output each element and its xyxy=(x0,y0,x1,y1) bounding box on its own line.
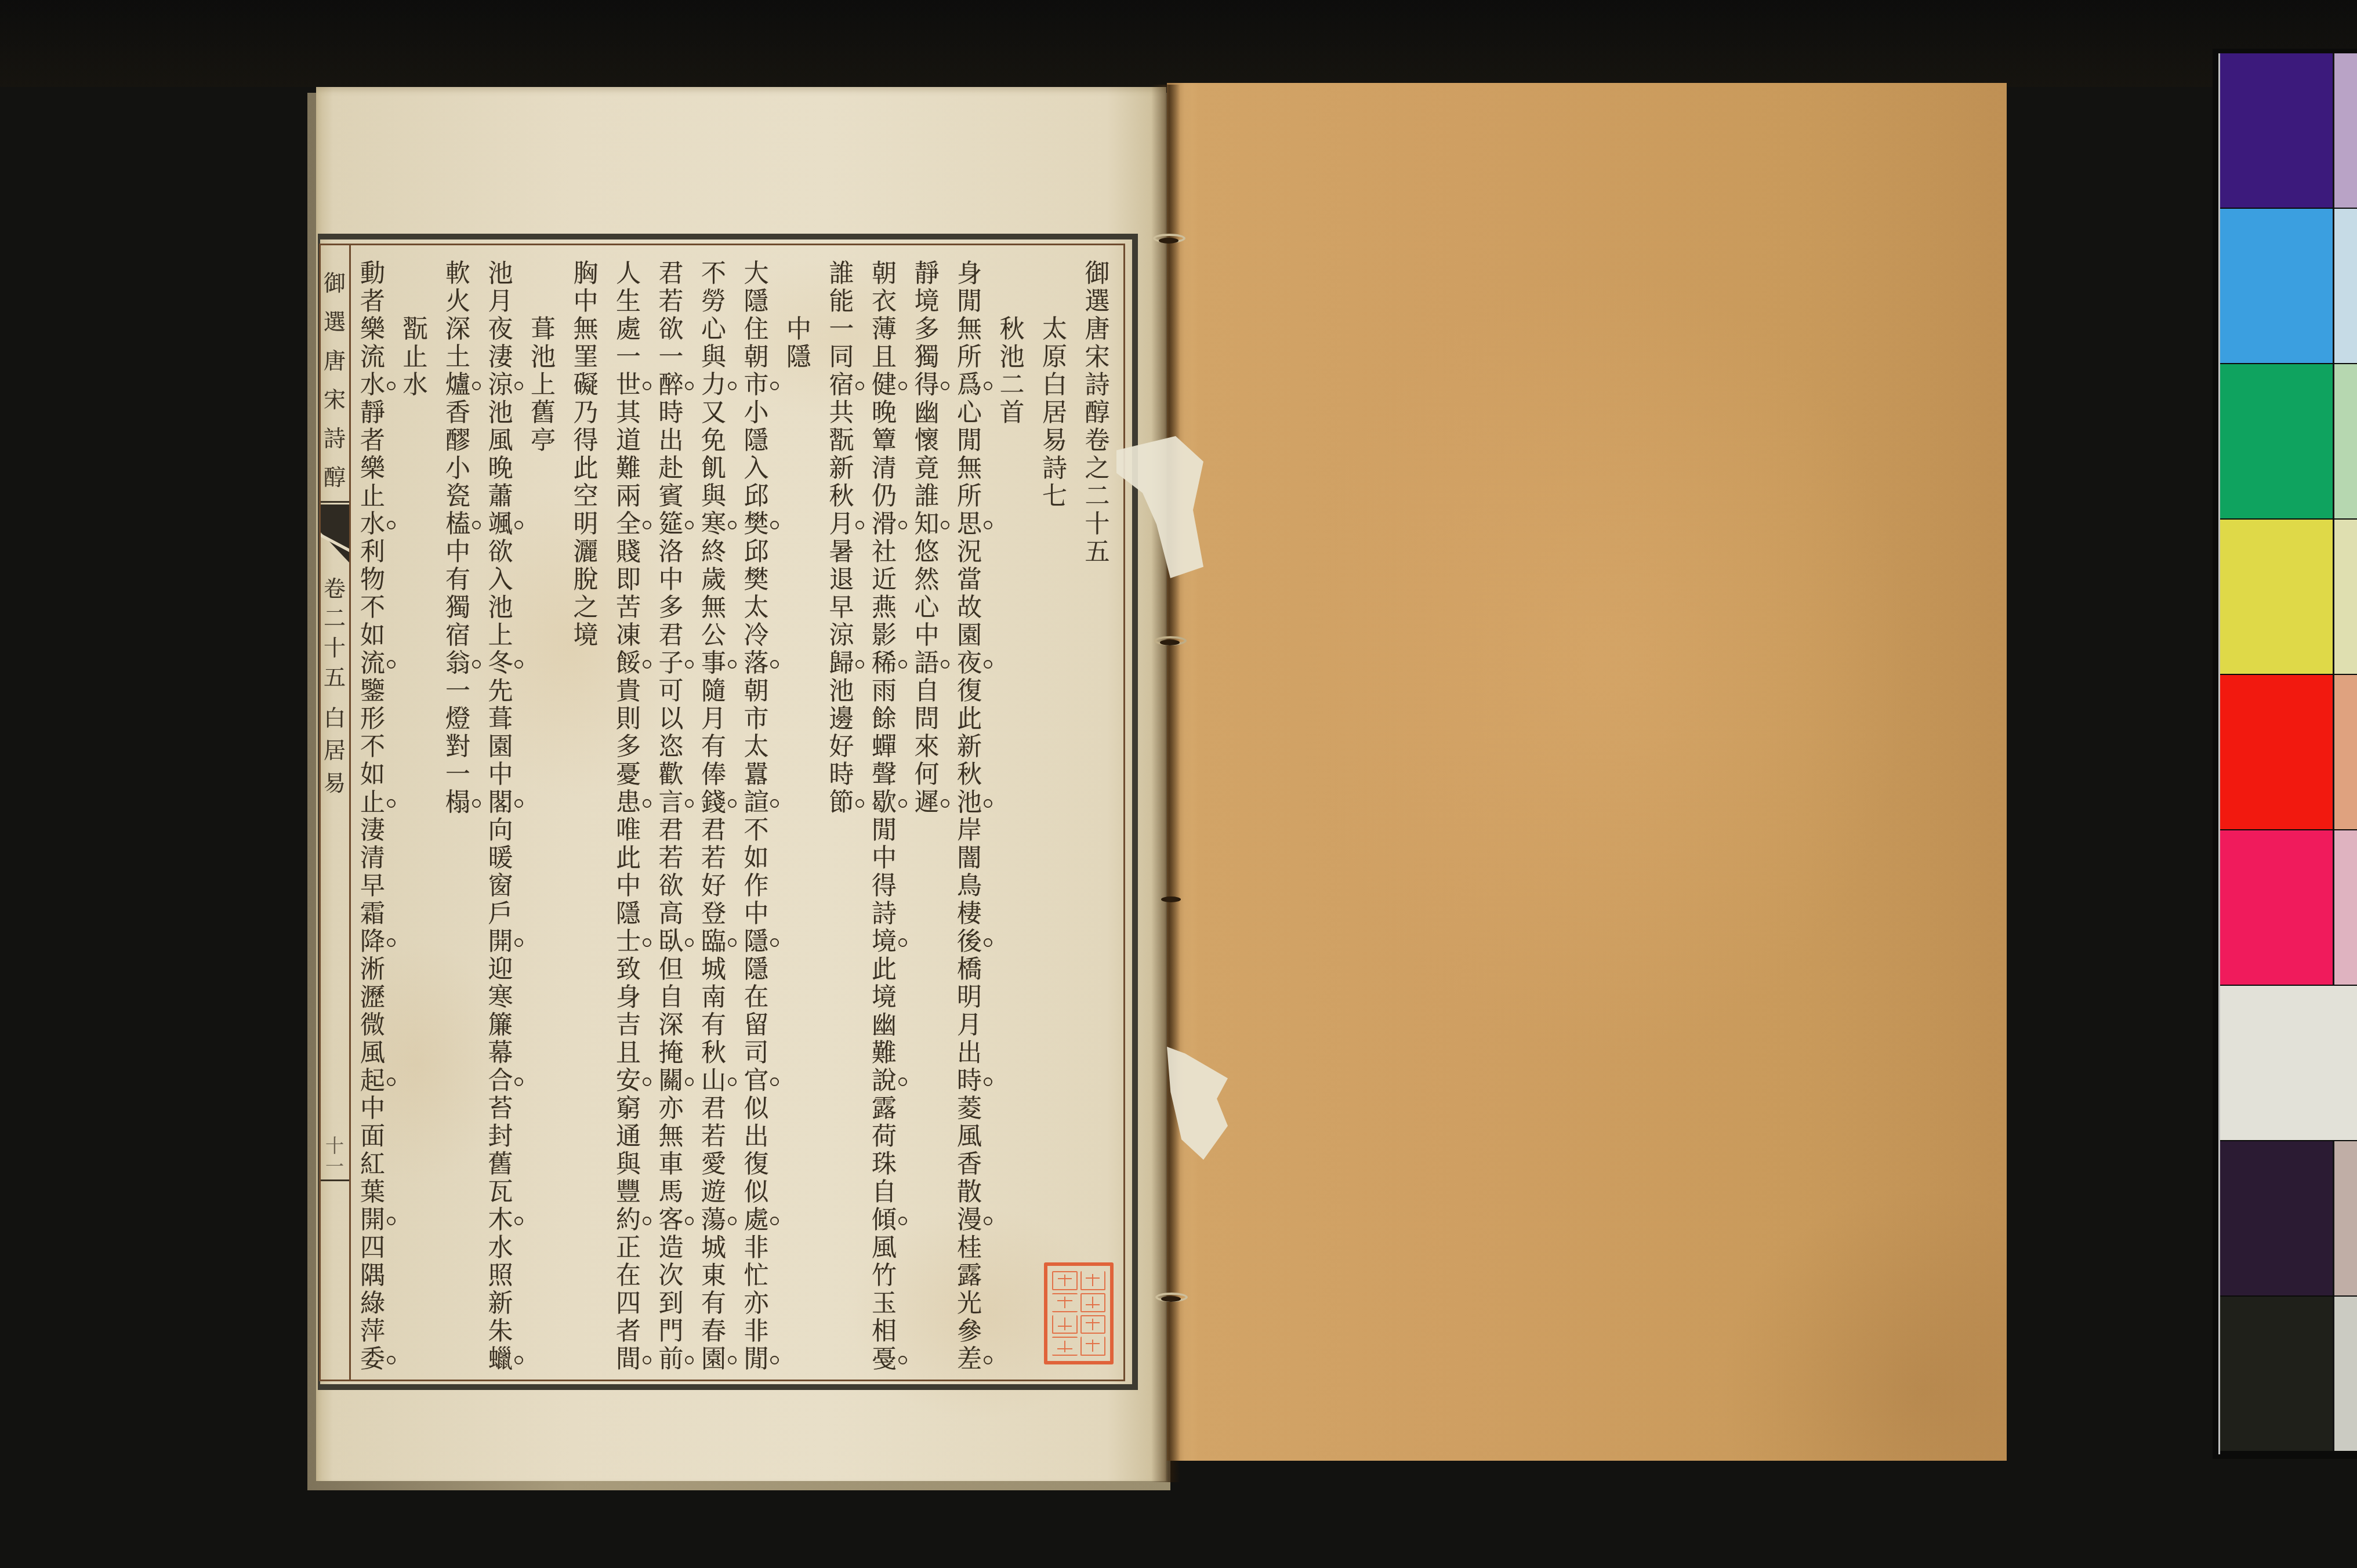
character: 幽 xyxy=(869,1011,900,1039)
character: 二 xyxy=(1082,482,1112,510)
punctuation-circle xyxy=(770,1356,779,1364)
character: 醉 xyxy=(656,371,686,399)
punctuation-circle xyxy=(770,1217,779,1225)
character: 正 xyxy=(614,1234,644,1262)
character: 邱 xyxy=(741,482,771,510)
character: 鑒 xyxy=(358,677,388,705)
character: 灑 xyxy=(571,538,601,566)
character: 馬 xyxy=(656,1178,686,1206)
punctuation-circle xyxy=(514,521,523,529)
stitch-hole xyxy=(1160,640,1180,645)
character: 榼 xyxy=(443,510,473,538)
character: 中 xyxy=(656,566,686,594)
color-patch-purple xyxy=(2220,53,2333,208)
color-patch-dark-purple-tint xyxy=(2333,1141,2357,1295)
poem-title-middle-hermit: 中隱 xyxy=(784,315,814,371)
punctuation-circle xyxy=(984,660,992,669)
character: 力 xyxy=(699,371,729,399)
punctuation-circle xyxy=(685,799,694,808)
punctuation-circle xyxy=(770,382,779,390)
punctuation-circle xyxy=(984,938,992,947)
character: 池 xyxy=(485,260,516,288)
volume-title: 御選唐宋詩醇卷之二十五 xyxy=(1082,260,1112,566)
character: 得 xyxy=(912,371,942,399)
character: 遲 xyxy=(912,789,942,816)
character: 心 xyxy=(955,399,985,427)
color-patch-blue xyxy=(2220,209,2333,363)
character: 居 xyxy=(321,734,349,767)
punctuation-circle xyxy=(387,382,396,390)
character: 四 xyxy=(358,1234,388,1262)
character: 一 xyxy=(321,1156,349,1177)
character: 無 xyxy=(656,1123,686,1150)
punctuation-circle xyxy=(643,1077,651,1086)
character: 若 xyxy=(656,288,686,315)
punctuation-circle xyxy=(855,660,864,669)
character: 處 xyxy=(614,315,644,343)
punctuation-circle xyxy=(643,660,651,669)
character: 瓷 xyxy=(443,482,473,510)
character: 太 xyxy=(741,594,771,622)
punctuation-circle xyxy=(514,1077,523,1086)
character: 君 xyxy=(656,816,686,844)
character: 選 xyxy=(321,303,349,342)
character: 水 xyxy=(400,371,430,399)
character: 約 xyxy=(614,1206,644,1234)
character: 照 xyxy=(485,1262,516,1290)
character: 似 xyxy=(741,1178,771,1206)
fold-column-juan: 卷二十五 xyxy=(321,574,349,692)
character: 非 xyxy=(741,1317,771,1345)
character: 自 xyxy=(869,1178,900,1206)
character: 窗 xyxy=(485,872,516,900)
character: 唐 xyxy=(1082,315,1112,343)
color-patch-row xyxy=(2220,986,2357,1140)
character: 竟 xyxy=(912,455,942,482)
punctuation-circle xyxy=(387,521,396,529)
character: 有 xyxy=(443,566,473,594)
character: 罣 xyxy=(571,343,601,371)
stitch-hole xyxy=(1159,238,1178,244)
character: 池 xyxy=(997,343,1027,371)
character: 健 xyxy=(869,371,900,399)
character: 四 xyxy=(614,1290,644,1317)
character: 小 xyxy=(443,455,473,482)
character: 身 xyxy=(614,983,644,1011)
character: 時 xyxy=(656,399,686,427)
punctuation-circle xyxy=(770,799,779,808)
verse-column: 人生處一世其道難兩全賤即苦凍餒貴則多憂患唯此中隱士致身吉且安窮通與豐約正在四者間 xyxy=(614,260,644,1373)
character: 舊 xyxy=(485,1150,516,1178)
character: 欲 xyxy=(656,872,686,900)
punctuation-circle xyxy=(728,1356,737,1364)
punctuation-circle xyxy=(685,938,694,947)
character: 滑 xyxy=(869,510,900,538)
character: 流 xyxy=(358,343,388,371)
color-patch-red-tint xyxy=(2333,675,2357,829)
character: 出 xyxy=(741,1123,771,1150)
punctuation-circle xyxy=(770,521,779,529)
character: 朝 xyxy=(741,677,771,705)
character: 上 xyxy=(485,622,516,649)
character: 軟 xyxy=(443,260,473,288)
character: 差 xyxy=(955,1345,985,1373)
character: 止 xyxy=(358,482,388,510)
punctuation-circle xyxy=(898,1217,907,1225)
character: 君 xyxy=(656,622,686,649)
character: 闇 xyxy=(955,844,985,872)
seal-glyph xyxy=(1052,1337,1078,1356)
character: 開 xyxy=(485,928,516,956)
character: 歡 xyxy=(656,761,686,789)
poem-title-old-pavilion: 葺池上舊亭 xyxy=(528,315,559,455)
character: 夜 xyxy=(955,649,985,677)
character: 池 xyxy=(826,677,857,705)
character: 處 xyxy=(741,1206,771,1234)
character: 閒 xyxy=(869,816,900,844)
character: 合 xyxy=(485,1067,516,1095)
character: 共 xyxy=(826,399,857,427)
character: 有 xyxy=(699,733,729,761)
character: 脫 xyxy=(571,566,601,594)
fishtail-rule xyxy=(321,501,349,503)
character: 園 xyxy=(699,1345,729,1373)
character: 閒 xyxy=(955,288,985,315)
character: 止 xyxy=(358,789,388,816)
character: 水 xyxy=(358,510,388,538)
character: 爲 xyxy=(955,371,985,399)
character: 其 xyxy=(614,399,644,427)
character: 貴 xyxy=(614,677,644,705)
punctuation-circle xyxy=(514,799,523,808)
character: 如 xyxy=(358,622,388,649)
character: 高 xyxy=(656,900,686,928)
color-patch-green-tint xyxy=(2333,364,2357,518)
punctuation-circle xyxy=(855,521,864,529)
character: 好 xyxy=(699,872,729,900)
character: 知 xyxy=(912,510,942,538)
character: 者 xyxy=(358,288,388,315)
character: 此 xyxy=(571,455,601,482)
character: 白 xyxy=(1040,371,1070,399)
character: 萍 xyxy=(358,1317,388,1345)
stitch-hole xyxy=(1161,1296,1181,1302)
character: 太 xyxy=(1040,315,1070,343)
punctuation-circle xyxy=(728,660,737,669)
color-patch-row xyxy=(2220,675,2357,829)
character: 士 xyxy=(614,928,644,956)
character: 聲 xyxy=(869,761,900,789)
character: 言 xyxy=(656,789,686,816)
character: 入 xyxy=(741,455,771,482)
character: 大 xyxy=(741,260,771,288)
character: 玉 xyxy=(869,1290,900,1317)
character: 封 xyxy=(485,1123,516,1150)
color-patch-yellow xyxy=(2220,520,2333,674)
character: 淅 xyxy=(358,956,388,983)
character: 十 xyxy=(1082,510,1112,538)
punctuation-circle xyxy=(387,1356,396,1364)
punctuation-circle xyxy=(898,521,907,529)
character: 降 xyxy=(358,928,388,956)
character: 復 xyxy=(741,1150,771,1178)
author-line: 太原白居易詩七 xyxy=(1040,315,1070,510)
character: 暖 xyxy=(485,844,516,872)
character: 相 xyxy=(869,1317,900,1345)
character: 翫 xyxy=(826,427,857,455)
character: 者 xyxy=(358,427,388,455)
character: 出 xyxy=(955,1039,985,1067)
character: 時 xyxy=(955,1067,985,1095)
color-patch-row xyxy=(2220,53,2357,208)
color-patch-purple-tint xyxy=(2333,53,2357,208)
fold-column-lower-rule xyxy=(321,1179,349,1181)
character: 隱 xyxy=(614,900,644,928)
character: 御 xyxy=(1082,260,1112,288)
poem-title-autumn-pond: 秋池二首 xyxy=(997,315,1027,427)
punctuation-circle xyxy=(472,521,481,529)
character: 終 xyxy=(699,538,729,566)
character: 無 xyxy=(955,455,985,482)
punctuation-circle xyxy=(984,799,992,808)
character: 此 xyxy=(614,844,644,872)
character: 若 xyxy=(699,1123,729,1150)
character: 早 xyxy=(826,594,857,622)
character: 自 xyxy=(912,677,942,705)
character: 十 xyxy=(321,1135,349,1156)
character: 苔 xyxy=(485,1095,516,1123)
character: 風 xyxy=(485,427,516,455)
verse-column: 朝衣薄且健晚簟清仍滑社近燕影稀雨餘蟬聲歇閒中得詩境此境幽難說露荷珠自傾風竹玉相戞 xyxy=(869,260,900,1373)
character: 宿 xyxy=(443,622,473,649)
character: 造 xyxy=(656,1234,686,1262)
character: 五 xyxy=(321,663,349,692)
character: 問 xyxy=(912,705,942,733)
verse-column: 身閒無所爲心閒無所思況當故園夜復此新秋池岸闇鳥棲後橋明月出時菱風香散漫桂露光參差 xyxy=(955,260,985,1373)
character: 流 xyxy=(358,649,388,677)
character: 退 xyxy=(826,566,857,594)
character: 官 xyxy=(741,1067,771,1095)
character: 靜 xyxy=(358,399,388,427)
character: 復 xyxy=(955,677,985,705)
punctuation-circle xyxy=(898,1077,907,1086)
character: 戞 xyxy=(869,1345,900,1373)
character: 深 xyxy=(443,315,473,343)
character: 池 xyxy=(528,343,559,371)
character: 以 xyxy=(656,705,686,733)
verse-column: 軟火深土爐香醪小瓷榼中有獨宿翁一燈對一榻 xyxy=(443,260,473,816)
fold-column-page-number: 十一 xyxy=(321,1135,349,1177)
character: 間 xyxy=(614,1345,644,1373)
character: 簾 xyxy=(485,1011,516,1039)
character: 選 xyxy=(1082,288,1112,315)
spine-shadow xyxy=(1151,85,1180,1482)
character: 道 xyxy=(614,427,644,455)
punctuation-circle xyxy=(472,382,481,390)
character: 中 xyxy=(741,900,771,928)
character: 境 xyxy=(869,928,900,956)
character: 榻 xyxy=(443,789,473,816)
character: 仍 xyxy=(869,482,900,510)
seal-glyph xyxy=(1052,1293,1078,1312)
punctuation-circle xyxy=(984,1077,992,1086)
character: 原 xyxy=(1040,343,1070,371)
punctuation-circle xyxy=(728,1077,737,1086)
character: 宋 xyxy=(321,380,349,419)
character: 入 xyxy=(485,566,516,594)
punctuation-circle xyxy=(941,660,949,669)
character: 池 xyxy=(485,399,516,427)
character: 一 xyxy=(614,343,644,371)
punctuation-circle xyxy=(728,799,737,808)
punctuation-circle xyxy=(728,938,737,947)
character: 多 xyxy=(614,733,644,761)
seal-glyph xyxy=(1080,1315,1106,1334)
punctuation-circle xyxy=(685,1217,694,1225)
character: 故 xyxy=(955,594,985,622)
punctuation-circle xyxy=(387,660,396,669)
character: 面 xyxy=(358,1123,388,1150)
character: 戶 xyxy=(485,900,516,928)
character: 葺 xyxy=(485,705,516,733)
character: 有 xyxy=(699,1290,729,1317)
color-patch-row xyxy=(2220,1297,2357,1451)
character: 竹 xyxy=(869,1262,900,1290)
character: 爐 xyxy=(443,371,473,399)
character: 賓 xyxy=(656,482,686,510)
seal-glyph xyxy=(1080,1337,1106,1356)
character: 菱 xyxy=(955,1095,985,1123)
character: 清 xyxy=(869,455,900,482)
character: 豐 xyxy=(614,1178,644,1206)
punctuation-circle xyxy=(855,799,864,808)
character: 中 xyxy=(485,761,516,789)
character: 歸 xyxy=(826,649,857,677)
character: 心 xyxy=(699,315,729,343)
character: 住 xyxy=(741,315,771,343)
character: 欲 xyxy=(485,538,516,566)
character: 南 xyxy=(699,983,729,1011)
character: 卷 xyxy=(321,574,349,604)
character: 水 xyxy=(485,1234,516,1262)
punctuation-circle xyxy=(855,382,864,390)
punctuation-circle xyxy=(472,660,481,669)
character: 城 xyxy=(699,956,729,983)
character: 宿 xyxy=(826,371,857,399)
character: 秋 xyxy=(997,315,1027,343)
character: 園 xyxy=(485,733,516,761)
character: 樂 xyxy=(358,455,388,482)
character: 朱 xyxy=(485,1317,516,1345)
character: 閒 xyxy=(741,1345,771,1373)
character: 能 xyxy=(826,288,857,315)
character: 岸 xyxy=(955,816,985,844)
character: 暑 xyxy=(826,538,857,566)
color-patch-white xyxy=(2220,986,2357,1140)
character: 蟬 xyxy=(869,733,900,761)
character: 市 xyxy=(741,371,771,399)
character: 亦 xyxy=(741,1290,771,1317)
character: 諠 xyxy=(741,789,771,816)
color-patch-yellow-tint xyxy=(2333,520,2357,674)
character: 即 xyxy=(614,566,644,594)
character: 若 xyxy=(656,844,686,872)
character: 物 xyxy=(358,566,388,594)
character: 池 xyxy=(955,789,985,816)
character: 新 xyxy=(826,455,857,482)
character: 來 xyxy=(912,733,942,761)
character: 心 xyxy=(912,594,942,622)
character: 餘 xyxy=(869,705,900,733)
character: 太 xyxy=(741,733,771,761)
character: 多 xyxy=(656,594,686,622)
commentary-column: 胸中無罣礙乃得此空明灑脫之境 xyxy=(571,260,601,649)
character: 所 xyxy=(955,482,985,510)
character: 邊 xyxy=(826,705,857,733)
character: 非 xyxy=(741,1234,771,1262)
character: 礙 xyxy=(571,371,601,399)
fold-column-author: 白居易 xyxy=(321,702,349,799)
character: 醇 xyxy=(321,458,349,497)
color-patch-magenta xyxy=(2220,830,2333,985)
character: 散 xyxy=(955,1178,985,1206)
poem-title-still-water: 翫止水 xyxy=(400,315,430,399)
character: 身 xyxy=(955,260,985,288)
punctuation-circle xyxy=(770,938,779,947)
character: 橋 xyxy=(955,956,985,983)
character: 隱 xyxy=(741,956,771,983)
character: 然 xyxy=(912,566,942,594)
character: 君 xyxy=(699,1095,729,1123)
character: 境 xyxy=(571,622,601,649)
character: 閣 xyxy=(485,789,516,816)
verse-column: 池月夜淒涼池風晚蕭颯欲入池上冬先葺園中閣向暖窗戶開迎寒簾幕合苔封舊瓦木水照新朱蠟 xyxy=(485,260,516,1373)
right-page-cover xyxy=(1167,83,2007,1461)
character: 珠 xyxy=(869,1150,900,1178)
character: 忙 xyxy=(741,1262,771,1290)
character: 落 xyxy=(741,649,771,677)
character: 境 xyxy=(869,983,900,1011)
character: 難 xyxy=(614,455,644,482)
character: 詩 xyxy=(1040,455,1070,482)
character: 寒 xyxy=(699,510,729,538)
punctuation-circle xyxy=(514,660,523,669)
verse-column: 不勞心與力又免飢與寒終歲無公事隨月有俸錢君若好登臨城南有秋山君若愛遊蕩城東有春園 xyxy=(699,260,729,1373)
character: 到 xyxy=(656,1290,686,1317)
color-patch-blue-tint xyxy=(2333,209,2357,363)
character: 葺 xyxy=(528,315,559,343)
character: 洛 xyxy=(656,538,686,566)
character: 關 xyxy=(656,1067,686,1095)
character: 樊 xyxy=(741,566,771,594)
seal-glyph xyxy=(1080,1271,1106,1290)
punctuation-circle xyxy=(514,1356,523,1364)
character: 晚 xyxy=(485,455,516,482)
collector-seal xyxy=(1044,1262,1114,1364)
character: 司 xyxy=(741,1039,771,1067)
character: 近 xyxy=(869,566,900,594)
verse-column: 君若欲一醉時出赴賓筵洛中多君子可以恣歡言君若欲高臥但自深掩關亦無車馬客造次到門前 xyxy=(656,260,686,1373)
character: 不 xyxy=(741,816,771,844)
character: 如 xyxy=(741,844,771,872)
character: 不 xyxy=(358,594,388,622)
character: 思 xyxy=(955,510,985,538)
character: 囂 xyxy=(741,761,771,789)
character: 稀 xyxy=(869,649,900,677)
character: 瀝 xyxy=(358,983,388,1011)
character: 颯 xyxy=(485,510,516,538)
character: 社 xyxy=(869,538,900,566)
